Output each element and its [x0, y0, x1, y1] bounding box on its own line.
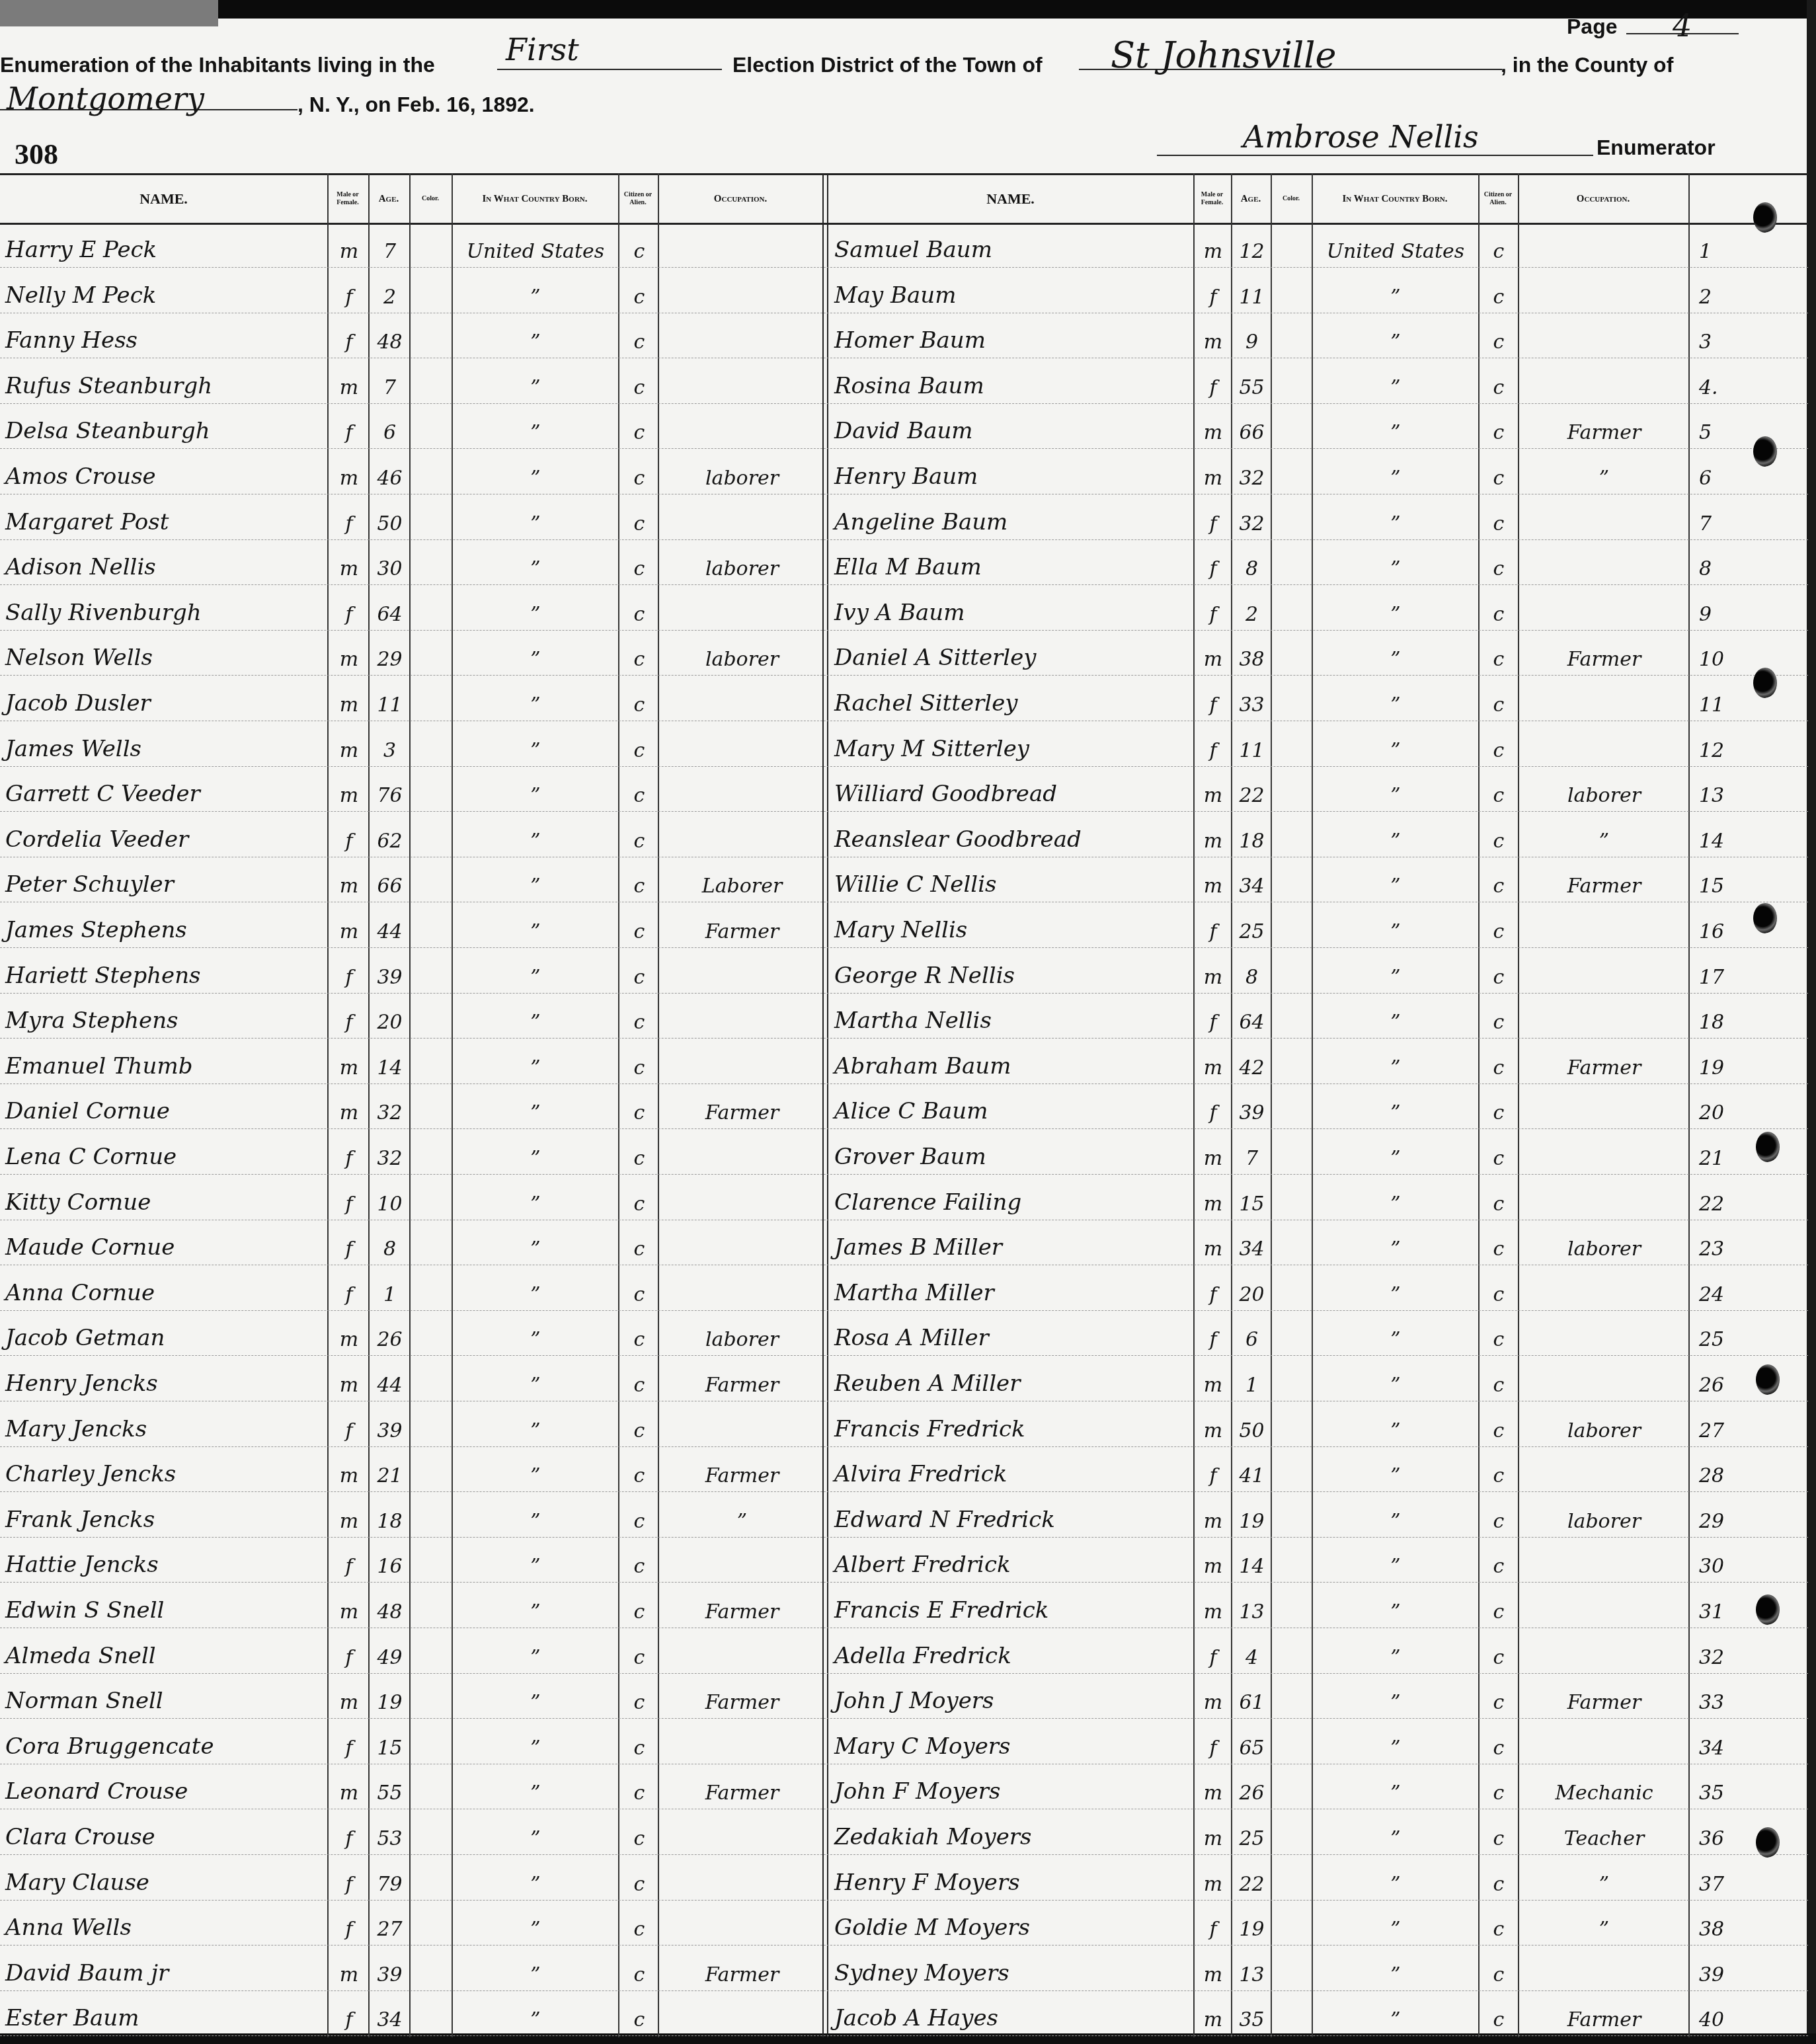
table-row: Margaret Postf50”cAngeline Baumf32”c7: [0, 494, 1808, 540]
right-citizen-cell: c: [1482, 1283, 1515, 1306]
right-sex-cell: m: [1197, 1555, 1230, 1578]
right-citizen-cell: c: [1482, 739, 1515, 762]
left-name-cell: Jacob Getman: [5, 1325, 323, 1351]
scan-right-edge: [1807, 0, 1816, 2044]
left-country-cell: ”: [456, 2008, 615, 2031]
left-country-cell: ”: [456, 1646, 615, 1669]
right-line-cell: 21: [1699, 1147, 1745, 1170]
left-name-cell: Margaret Post: [5, 509, 323, 535]
left-sex-cell: f: [333, 512, 366, 535]
left-name-cell: Leonard Crouse: [5, 1778, 323, 1805]
left-occupation-cell: Farmer: [664, 920, 820, 943]
table-row: Charley Jencksm21”cFarmerAlvira Fredrick…: [0, 1446, 1808, 1492]
table-row: Almeda Snellf49”cAdella Fredrickf4”c32: [0, 1628, 1808, 1674]
left-citizen-cell: c: [623, 1555, 656, 1578]
left-citizen-cell: c: [623, 1101, 656, 1124]
col-age-left: Age.: [368, 175, 409, 223]
right-country-cell: ”: [1316, 1238, 1476, 1261]
right-name-cell: Alvira Fredrick: [834, 1461, 1191, 1487]
right-sex-cell: m: [1197, 467, 1230, 490]
left-sex-cell: m: [333, 1691, 366, 1714]
left-name-cell: Henry Jencks: [5, 1370, 323, 1397]
table-row: Jacob Getmanm26”claborerRosa A Millerf6”…: [0, 1310, 1808, 1356]
right-sex-cell: f: [1197, 1737, 1230, 1760]
left-country-cell: ”: [456, 1419, 615, 1442]
left-country-cell: United States: [456, 240, 615, 263]
right-citizen-cell: c: [1482, 557, 1515, 580]
left-age-cell: 16: [372, 1555, 408, 1578]
left-name-cell: Garrett C Veeder: [5, 781, 323, 807]
right-citizen-cell: c: [1482, 1510, 1515, 1533]
left-citizen-cell: c: [623, 1646, 656, 1669]
right-citizen-cell: c: [1482, 1101, 1515, 1124]
left-citizen-cell: c: [623, 966, 656, 989]
right-sex-cell: m: [1197, 1056, 1230, 1080]
right-age-cell: 41: [1234, 1464, 1270, 1487]
right-line-cell: 17: [1699, 966, 1745, 989]
left-sex-cell: f: [333, 1193, 366, 1216]
left-country-cell: ”: [456, 512, 615, 535]
left-age-cell: 64: [372, 603, 408, 626]
right-occupation-cell: ”: [1523, 1873, 1685, 1896]
right-occupation-cell: Farmer: [1523, 2008, 1685, 2031]
right-line-cell: 37: [1699, 1873, 1745, 1896]
table-row: Hariett Stephensf39”cGeorge R Nellism8”c…: [0, 948, 1808, 994]
right-line-cell: 28: [1699, 1464, 1745, 1487]
binder-hole-icon: [1753, 436, 1777, 467]
right-line-cell: 12: [1699, 739, 1745, 762]
left-age-cell: 8: [372, 1238, 408, 1261]
left-age-cell: 48: [372, 1600, 408, 1624]
table-row: Emanuel Thumbm14”cAbraham Baumm42”cFarme…: [0, 1039, 1808, 1084]
right-age-cell: 50: [1234, 1419, 1270, 1442]
left-citizen-cell: c: [623, 648, 656, 671]
binder-hole-icon: [1753, 668, 1777, 698]
right-country-cell: ”: [1316, 966, 1476, 989]
left-age-cell: 49: [372, 1646, 408, 1669]
right-sex-cell: m: [1197, 2008, 1230, 2031]
right-sex-cell: f: [1197, 1101, 1230, 1124]
left-name-cell: Rufus Steanburgh: [5, 373, 323, 399]
left-country-cell: ”: [456, 1555, 615, 1578]
left-occupation-cell: Farmer: [664, 1101, 820, 1124]
left-name-cell: Delsa Steanburgh: [5, 418, 323, 444]
left-citizen-cell: c: [623, 1782, 656, 1805]
left-citizen-cell: c: [623, 1374, 656, 1397]
right-sex-cell: m: [1197, 1691, 1230, 1714]
right-name-cell: Reanslear Goodbread: [834, 826, 1191, 853]
left-age-cell: 32: [372, 1101, 408, 1124]
left-country-cell: ”: [456, 875, 615, 898]
table-row: Daniel Cornuem32”cFarmerAlice C Baumf39”…: [0, 1083, 1808, 1129]
left-name-cell: Ester Baum: [5, 2005, 323, 2031]
left-name-cell: Jacob Dusler: [5, 690, 323, 717]
left-occupation-cell: Farmer: [664, 1600, 820, 1624]
district-underline: [497, 69, 722, 70]
right-line-cell: 1: [1699, 240, 1745, 263]
left-country-cell: ”: [456, 1011, 615, 1034]
left-citizen-cell: c: [623, 830, 656, 853]
right-sex-cell: m: [1197, 1419, 1230, 1442]
left-citizen-cell: c: [623, 739, 656, 762]
right-line-cell: 31: [1699, 1600, 1745, 1624]
table-row: Amos Crousem46”claborerHenry Baumm32”c”6: [0, 449, 1808, 494]
right-line-cell: 18: [1699, 1011, 1745, 1034]
right-line-cell: 39: [1699, 1963, 1745, 1986]
left-citizen-cell: c: [623, 1283, 656, 1306]
right-name-cell: Reuben A Miller: [834, 1370, 1191, 1397]
left-age-cell: 79: [372, 1873, 408, 1896]
table-row: Jacob Duslerm11”cRachel Sitterleyf33”c11: [0, 676, 1808, 721]
right-citizen-cell: c: [1482, 603, 1515, 626]
right-sex-cell: m: [1197, 1193, 1230, 1216]
col-occupation-right: Occupation.: [1518, 175, 1688, 223]
right-sex-cell: m: [1197, 331, 1230, 354]
right-citizen-cell: c: [1482, 1555, 1515, 1578]
right-occupation-cell: ”: [1523, 467, 1685, 490]
table-row: James Stephensm44”cFarmerMary Nellisf25”…: [0, 902, 1808, 948]
right-country-cell: ”: [1316, 1782, 1476, 1805]
left-sex-cell: f: [333, 830, 366, 853]
right-line-cell: 24: [1699, 1283, 1745, 1306]
left-age-cell: 46: [372, 467, 408, 490]
right-country-cell: ”: [1316, 1691, 1476, 1714]
left-citizen-cell: c: [623, 784, 656, 807]
right-age-cell: 2: [1234, 603, 1270, 626]
table-row: Frank Jencksm18”c”Edward N Fredrickm19”c…: [0, 1492, 1808, 1538]
left-sex-cell: f: [333, 331, 366, 354]
right-sex-cell: f: [1197, 739, 1230, 762]
left-country-cell: ”: [456, 1827, 615, 1850]
right-sex-cell: m: [1197, 1374, 1230, 1397]
left-country-cell: ”: [456, 331, 615, 354]
left-age-cell: 39: [372, 1963, 408, 1986]
right-age-cell: 13: [1234, 1963, 1270, 1986]
page-label: Page: [1567, 15, 1617, 39]
left-name-cell: Harry E Peck: [5, 237, 323, 263]
left-sex-cell: f: [333, 286, 366, 309]
right-country-cell: ”: [1316, 1737, 1476, 1760]
left-citizen-cell: c: [623, 2008, 656, 2031]
district-value: First: [506, 32, 579, 67]
right-age-cell: 35: [1234, 2008, 1270, 2031]
left-occupation-cell: laborer: [664, 557, 820, 580]
left-age-cell: 53: [372, 1827, 408, 1850]
left-sex-cell: m: [333, 1782, 366, 1805]
right-line-cell: 40: [1699, 2008, 1745, 2031]
col-sex-left: Male or Female.: [327, 175, 368, 223]
col-country-left: In What Country Born.: [452, 175, 618, 223]
right-age-cell: 15: [1234, 1193, 1270, 1216]
left-citizen-cell: c: [623, 1691, 656, 1714]
right-line-cell: 19: [1699, 1056, 1745, 1080]
right-name-cell: James B Miller: [834, 1234, 1191, 1261]
left-country-cell: ”: [456, 1101, 615, 1124]
left-age-cell: 27: [372, 1918, 408, 1941]
col-country-right: In What Country Born.: [1312, 175, 1478, 223]
county-suffix: , in the County of: [1501, 53, 1673, 77]
right-country-cell: ”: [1316, 1419, 1476, 1442]
left-citizen-cell: c: [623, 1873, 656, 1896]
right-sex-cell: m: [1197, 1238, 1230, 1261]
table-row: Garrett C Veederm76”cWilliard Goodbreadm…: [0, 766, 1808, 812]
right-sex-cell: m: [1197, 421, 1230, 444]
right-age-cell: 9: [1234, 331, 1270, 354]
left-sex-cell: m: [333, 240, 366, 263]
left-name-cell: Nelson Wells: [5, 645, 323, 671]
right-name-cell: Henry Baum: [834, 463, 1191, 490]
left-name-cell: Mary Clause: [5, 1869, 323, 1896]
left-name-cell: Daniel Cornue: [5, 1098, 323, 1124]
left-country-cell: ”: [456, 1963, 615, 1986]
left-age-cell: 11: [372, 693, 408, 717]
right-country-cell: ”: [1316, 1873, 1476, 1896]
right-country-cell: ”: [1316, 603, 1476, 626]
left-name-cell: Anna Wells: [5, 1914, 323, 1941]
right-citizen-cell: c: [1482, 421, 1515, 444]
right-sex-cell: m: [1197, 830, 1230, 853]
table-header: NAME. Male or Female. Age. Color. In Wha…: [0, 173, 1808, 225]
left-citizen-cell: c: [623, 603, 656, 626]
left-age-cell: 14: [372, 1056, 408, 1080]
right-citizen-cell: c: [1482, 240, 1515, 263]
right-line-cell: 29: [1699, 1510, 1745, 1533]
left-age-cell: 6: [372, 421, 408, 444]
right-sex-cell: m: [1197, 784, 1230, 807]
right-occupation-cell: Farmer: [1523, 421, 1685, 444]
left-age-cell: 10: [372, 1193, 408, 1216]
table-row: Harry E Peckm7United StatescSamuel Baumm…: [0, 222, 1808, 268]
left-country-cell: ”: [456, 557, 615, 580]
right-citizen-cell: c: [1482, 830, 1515, 853]
table-row: Anna Cornuef1”cMartha Millerf20”c24: [0, 1265, 1808, 1311]
table-row: Rufus Steanburghm7”cRosina Baumf55”c4.: [0, 358, 1808, 404]
left-citizen-cell: c: [623, 421, 656, 444]
table-row: Edwin S Snellm48”cFarmerFrancis E Fredri…: [0, 1583, 1808, 1628]
right-name-cell: Martha Miller: [834, 1280, 1191, 1306]
right-line-cell: 38: [1699, 1918, 1745, 1941]
table-row: James Wellsm3”cMary M Sitterleyf11”c12: [0, 721, 1808, 767]
county-value: Montgomery: [7, 81, 204, 116]
right-occupation-cell: laborer: [1523, 1238, 1685, 1261]
right-country-cell: ”: [1316, 1510, 1476, 1533]
table-row: Maude Cornuef8”cJames B Millerm34”clabor…: [0, 1220, 1808, 1265]
right-age-cell: 13: [1234, 1600, 1270, 1624]
right-age-cell: 12: [1234, 240, 1270, 263]
right-age-cell: 4: [1234, 1646, 1270, 1669]
table-row: Clara Crousef53”cZedakiah Moyersm25”cTea…: [0, 1809, 1808, 1855]
right-line-cell: 26: [1699, 1374, 1745, 1397]
right-citizen-cell: c: [1482, 331, 1515, 354]
right-citizen-cell: c: [1482, 1419, 1515, 1442]
col-name-left: NAME.: [0, 175, 327, 223]
left-citizen-cell: c: [623, 1056, 656, 1080]
right-country-cell: ”: [1316, 1193, 1476, 1216]
right-line-cell: 25: [1699, 1328, 1745, 1351]
left-age-cell: 29: [372, 648, 408, 671]
left-name-cell: Amos Crouse: [5, 463, 323, 490]
left-age-cell: 44: [372, 1374, 408, 1397]
left-sex-cell: m: [333, 376, 366, 399]
right-line-cell: 5: [1699, 421, 1745, 444]
right-line-cell: 34: [1699, 1737, 1745, 1760]
right-sex-cell: m: [1197, 875, 1230, 898]
left-citizen-cell: c: [623, 376, 656, 399]
binder-hole-icon: [1756, 1364, 1780, 1395]
right-sex-cell: m: [1197, 240, 1230, 263]
right-name-cell: Samuel Baum: [834, 237, 1191, 263]
right-sex-cell: m: [1197, 1600, 1230, 1624]
right-name-cell: Williard Goodbread: [834, 781, 1191, 807]
table-row: Adison Nellism30”claborerElla M Baumf8”c…: [0, 539, 1808, 585]
left-sex-cell: m: [333, 467, 366, 490]
right-age-cell: 39: [1234, 1101, 1270, 1124]
right-country-cell: ”: [1316, 1101, 1476, 1124]
right-sex-cell: f: [1197, 693, 1230, 717]
right-sex-cell: f: [1197, 1646, 1230, 1669]
left-name-cell: Almeda Snell: [5, 1643, 323, 1669]
left-age-cell: 20: [372, 1011, 408, 1034]
left-age-cell: 55: [372, 1782, 408, 1805]
table-row: Cora Bruggencatef15”cMary C Moyersf65”c3…: [0, 1719, 1808, 1764]
right-occupation-cell: ”: [1523, 1918, 1685, 1941]
left-name-cell: Mary Jencks: [5, 1416, 323, 1442]
right-line-cell: 30: [1699, 1555, 1745, 1578]
right-sex-cell: m: [1197, 1782, 1230, 1805]
right-age-cell: 1: [1234, 1374, 1270, 1397]
left-sex-cell: f: [333, 603, 366, 626]
left-country-cell: ”: [456, 966, 615, 989]
left-citizen-cell: c: [623, 693, 656, 717]
left-sex-cell: f: [333, 1918, 366, 1941]
right-sex-cell: m: [1197, 1963, 1230, 1986]
table-row: Nelly M Peckf2”cMay Baumf11”c2: [0, 268, 1808, 313]
left-country-cell: ”: [456, 693, 615, 717]
left-name-cell: Norman Snell: [5, 1688, 323, 1714]
left-country-cell: ”: [456, 1374, 615, 1397]
table-row: Peter Schuylerm66”cLaborerWillie C Nelli…: [0, 857, 1808, 902]
right-country-cell: ”: [1316, 875, 1476, 898]
right-country-cell: ”: [1316, 421, 1476, 444]
right-country-cell: ”: [1316, 1646, 1476, 1669]
right-age-cell: 22: [1234, 784, 1270, 807]
right-age-cell: 6: [1234, 1328, 1270, 1351]
right-sex-cell: f: [1197, 512, 1230, 535]
right-country-cell: ”: [1316, 784, 1476, 807]
right-name-cell: Mary Nellis: [834, 917, 1191, 943]
right-name-cell: Rachel Sitterley: [834, 690, 1191, 717]
left-citizen-cell: c: [623, 286, 656, 309]
right-age-cell: 14: [1234, 1555, 1270, 1578]
left-sex-cell: f: [333, 1147, 366, 1170]
left-sex-cell: m: [333, 1510, 366, 1533]
right-name-cell: Mary M Sitterley: [834, 736, 1191, 762]
right-name-cell: Francis E Fredrick: [834, 1597, 1191, 1624]
right-country-cell: ”: [1316, 830, 1476, 853]
right-line-cell: 33: [1699, 1691, 1745, 1714]
col-age-right: Age.: [1231, 175, 1271, 223]
table-row: Leonard Crousem55”cFarmerJohn F Moyersm2…: [0, 1764, 1808, 1809]
right-citizen-cell: c: [1482, 966, 1515, 989]
left-country-cell: ”: [456, 467, 615, 490]
right-sex-cell: m: [1197, 1827, 1230, 1850]
col-citizen-right: Citizen or Alien.: [1478, 175, 1518, 223]
right-age-cell: 20: [1234, 1283, 1270, 1306]
right-line-cell: 35: [1699, 1782, 1745, 1805]
left-sex-cell: m: [333, 920, 366, 943]
enumerator-underline: [1157, 155, 1593, 156]
left-name-cell: Myra Stephens: [5, 1007, 323, 1034]
right-sex-cell: m: [1197, 1510, 1230, 1533]
right-name-cell: Francis Fredrick: [834, 1416, 1191, 1442]
right-name-cell: Goldie M Moyers: [834, 1914, 1191, 1941]
right-name-cell: Henry F Moyers: [834, 1869, 1191, 1896]
left-name-cell: Hariett Stephens: [5, 963, 323, 989]
left-country-cell: ”: [456, 1193, 615, 1216]
right-line-cell: 10: [1699, 648, 1745, 671]
left-country-cell: ”: [456, 1873, 615, 1896]
left-citizen-cell: c: [623, 1011, 656, 1034]
right-sex-cell: f: [1197, 1283, 1230, 1306]
right-age-cell: 18: [1234, 830, 1270, 853]
right-line-cell: 20: [1699, 1101, 1745, 1124]
table-row: Kitty Cornuef10”cClarence Failingm15”c22: [0, 1175, 1808, 1220]
table-row: Norman Snellm19”cFarmerJohn J Moyersm61”…: [0, 1673, 1808, 1719]
right-name-cell: Willie C Nellis: [834, 871, 1191, 898]
right-name-cell: Daniel A Sitterley: [834, 645, 1191, 671]
right-citizen-cell: c: [1482, 1600, 1515, 1624]
right-age-cell: 34: [1234, 875, 1270, 898]
right-citizen-cell: c: [1482, 1238, 1515, 1261]
left-citizen-cell: c: [623, 1827, 656, 1850]
binder-hole-icon: [1753, 202, 1777, 233]
col-citizen-left: Citizen or Alien.: [618, 175, 658, 223]
left-name-cell: Adison Nellis: [5, 554, 323, 580]
left-age-cell: 39: [372, 1419, 408, 1442]
left-name-cell: Fanny Hess: [5, 327, 323, 354]
right-sex-cell: f: [1197, 1464, 1230, 1487]
sheet-number: 308: [15, 138, 58, 171]
left-occupation-cell: ”: [664, 1510, 820, 1533]
district-suffix: Election District of the Town of: [732, 53, 1043, 77]
right-country-cell: ”: [1316, 1328, 1476, 1351]
right-name-cell: Sydney Moyers: [834, 1960, 1191, 1986]
right-line-cell: 22: [1699, 1193, 1745, 1216]
right-name-cell: John F Moyers: [834, 1778, 1191, 1805]
left-country-cell: ”: [456, 1918, 615, 1941]
left-age-cell: 21: [372, 1464, 408, 1487]
right-age-cell: 64: [1234, 1011, 1270, 1034]
right-age-cell: 8: [1234, 557, 1270, 580]
left-citizen-cell: c: [623, 1419, 656, 1442]
table-row: Fanny Hessf48”cHomer Baumm9”c3: [0, 313, 1808, 358]
left-age-cell: 18: [372, 1510, 408, 1533]
right-line-cell: 8: [1699, 557, 1745, 580]
left-citizen-cell: c: [623, 1737, 656, 1760]
left-citizen-cell: c: [623, 1238, 656, 1261]
left-occupation-cell: Laborer: [664, 875, 820, 898]
right-citizen-cell: c: [1482, 1193, 1515, 1216]
right-age-cell: 19: [1234, 1510, 1270, 1533]
right-sex-cell: f: [1197, 286, 1230, 309]
left-age-cell: 48: [372, 331, 408, 354]
left-sex-cell: m: [333, 1600, 366, 1624]
left-citizen-cell: c: [623, 512, 656, 535]
left-name-cell: Hattie Jencks: [5, 1552, 323, 1578]
right-country-cell: ”: [1316, 1918, 1476, 1941]
right-country-cell: ”: [1316, 1600, 1476, 1624]
left-country-cell: ”: [456, 1691, 615, 1714]
